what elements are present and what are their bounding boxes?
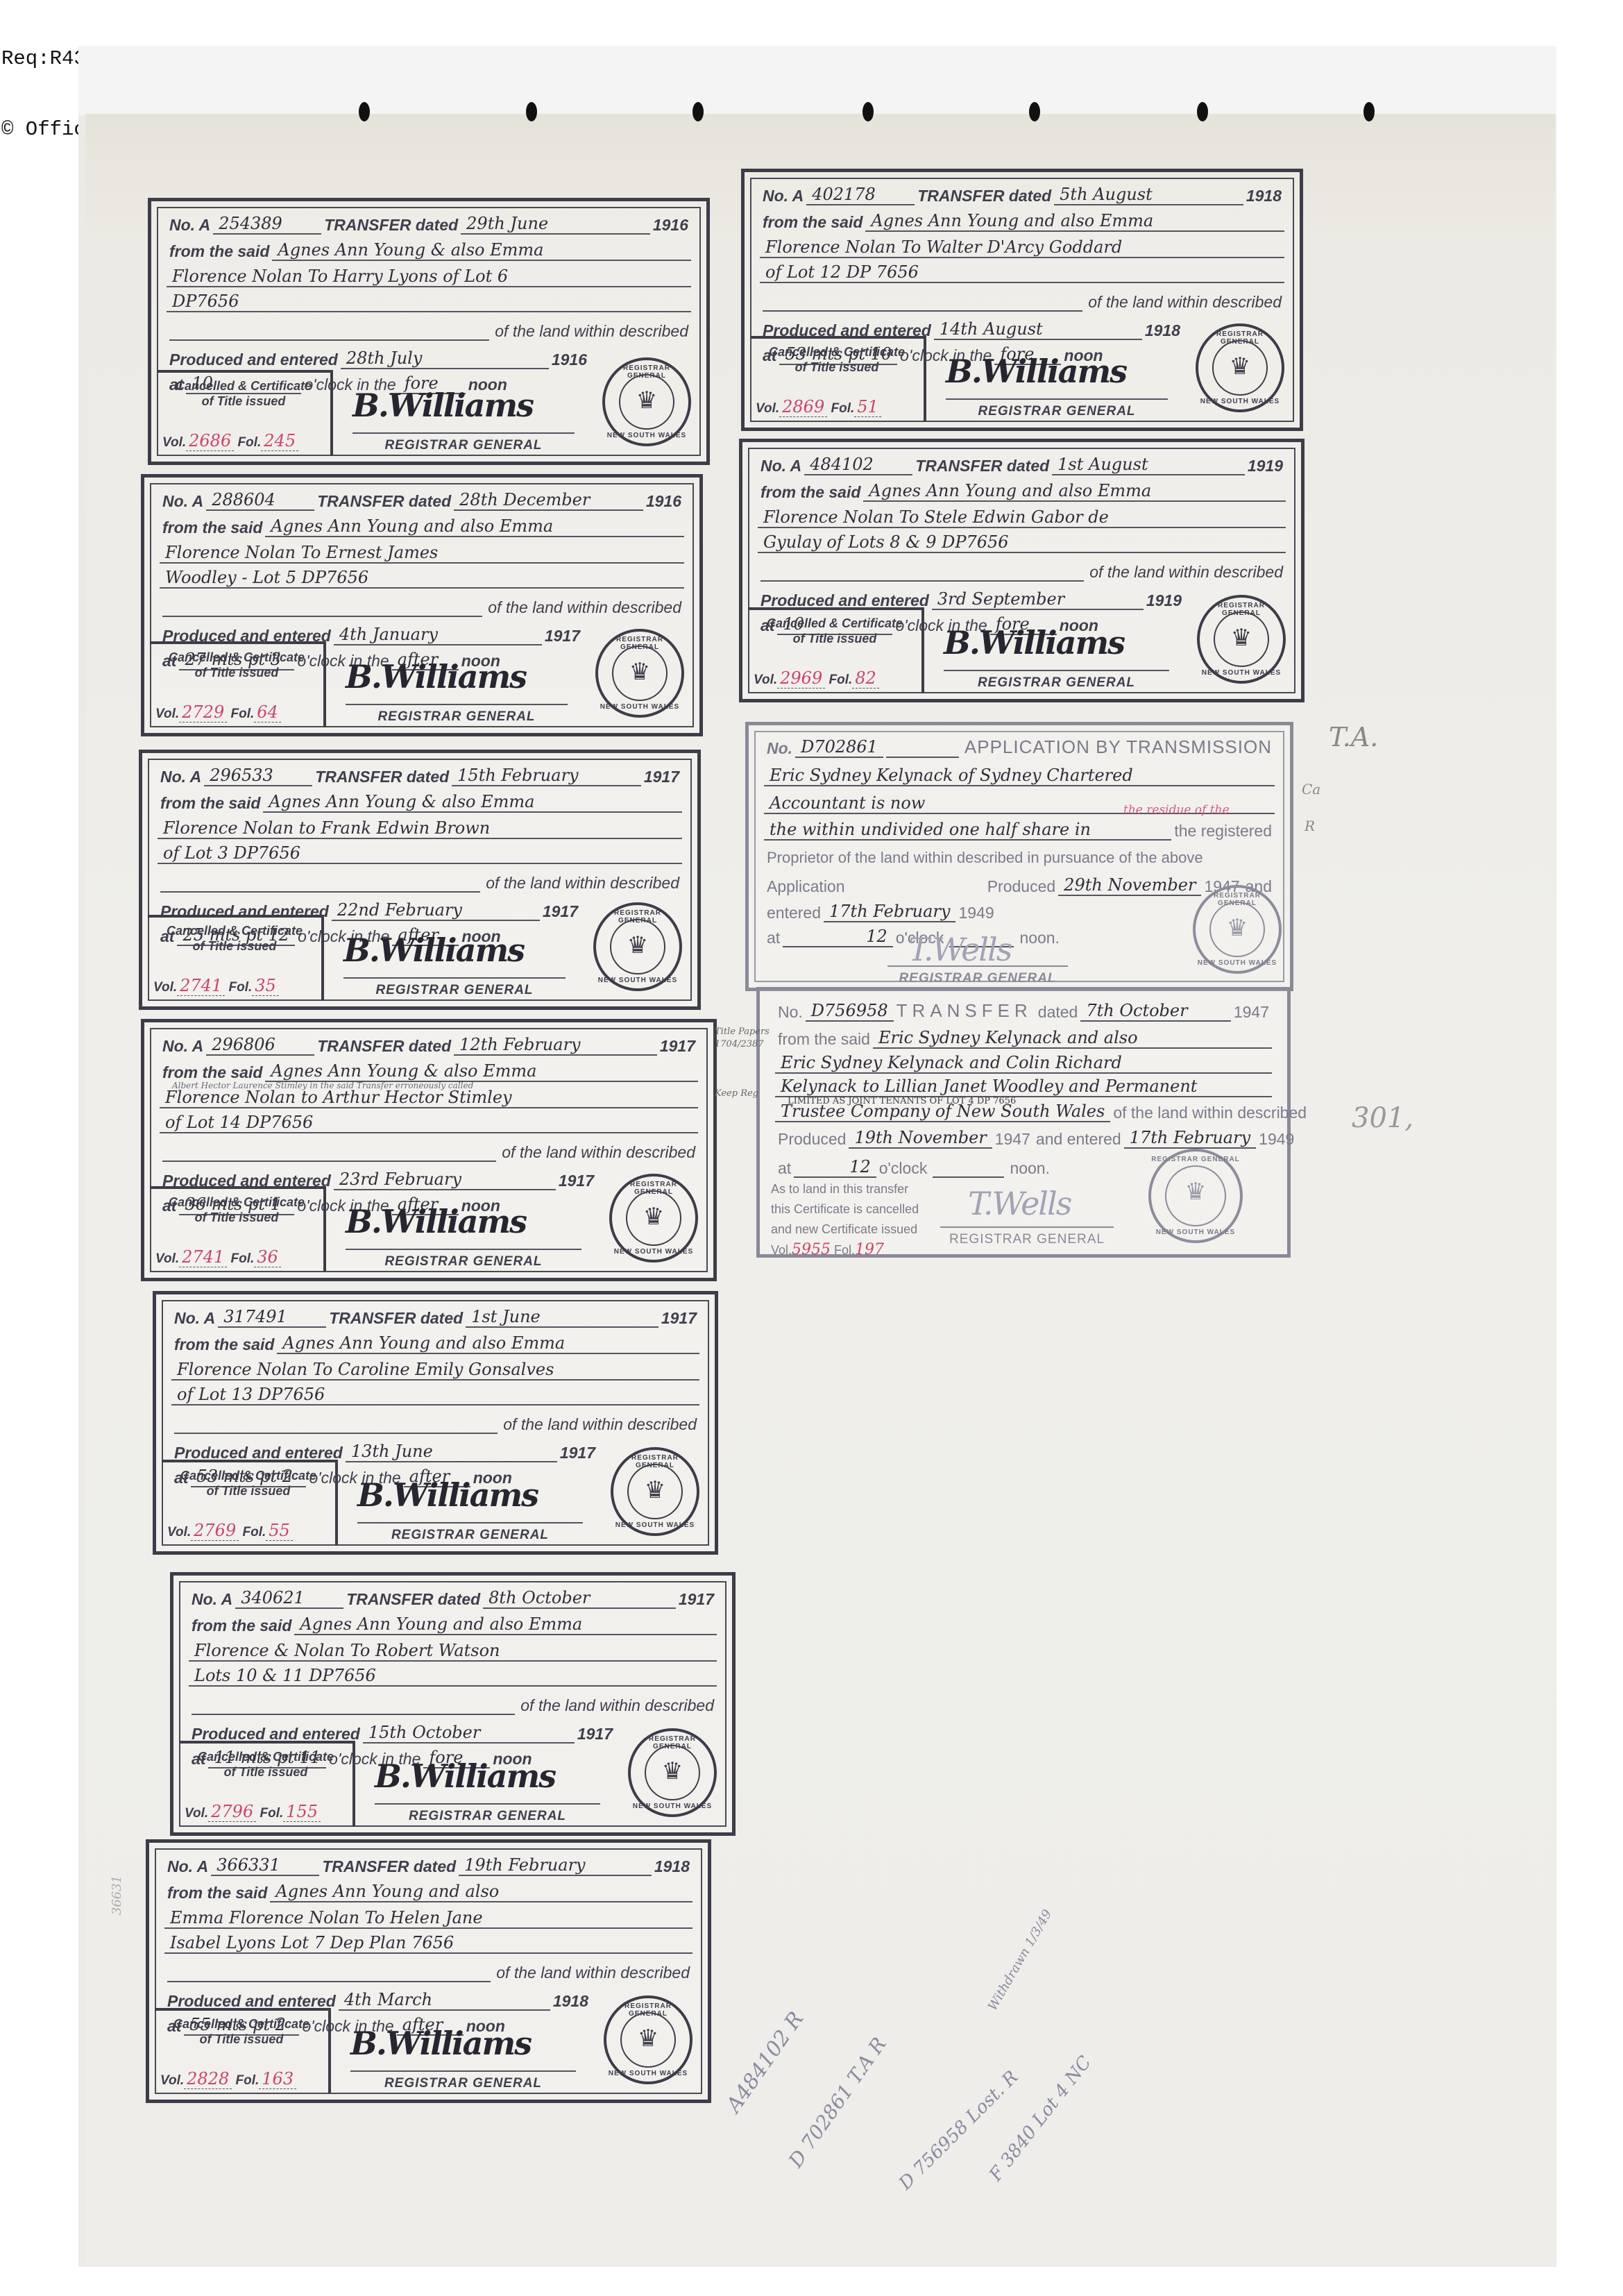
entered-date: 28th July <box>341 348 549 369</box>
transfer-memorial-a366331: No. A 366331 TRANSFER dated 19th Februar… <box>146 1839 711 2103</box>
transfer-date: 28th December <box>454 490 643 511</box>
entered-date: 14th August <box>934 319 1142 340</box>
registrar-signature: B.Williams <box>946 353 1126 390</box>
folio-number: 51 <box>854 397 881 417</box>
registrar-signature: B.Williams <box>343 931 524 969</box>
registrar-signature: T.Wells <box>908 931 1011 968</box>
registrar-signature: B.Williams <box>357 1476 538 1514</box>
registrar-signature: B.Williams <box>350 2025 531 2062</box>
volume-number: 2741 <box>177 976 225 996</box>
transfer-number: 484102 <box>804 455 912 475</box>
folio-number: 35 <box>252 976 279 996</box>
binding-hole-icon <box>863 102 874 121</box>
transfer-number: 317491 <box>218 1307 326 1328</box>
transfer-date: 19th February <box>459 1855 652 1876</box>
entered-date: 3rd September <box>932 589 1144 610</box>
registrar-general-seal-icon: REGISTRAR GENERAL ♛ NEW SOUTH WALES <box>1196 323 1284 412</box>
folio-number: 155 <box>283 1802 321 1822</box>
transfer-date: 29th June <box>461 214 650 235</box>
binding-hole-icon <box>692 102 704 121</box>
volume-number: 2796 <box>208 1802 256 1822</box>
folio-number: 36 <box>254 1247 281 1267</box>
volume-number: 2769 <box>191 1521 239 1541</box>
transfer-number: 296806 <box>206 1035 314 1056</box>
cancelled-certificate-box: Cancelled & Certificateof Title issued V… <box>750 336 926 422</box>
registrar-signature: B.Williams <box>346 658 526 695</box>
transfer-number: 296533 <box>204 766 312 786</box>
cancelled-certificate-box: Cancelled & Certificateof Title issued V… <box>179 1741 355 1827</box>
folio-number: 163 <box>259 2069 296 2089</box>
volume-number: 5955 <box>792 1241 831 1258</box>
cancelled-certificate-box: Cancelled & Certificateof Title issued V… <box>162 1460 338 1546</box>
registrar-general-seal-icon: REGISTRAR GENERAL ♛ NEW SOUTH WALES <box>602 357 691 446</box>
registrar-signature: B.Williams <box>352 387 533 424</box>
folio-number: 64 <box>254 702 281 723</box>
volume-number: 2869 <box>779 397 827 417</box>
binding-hole-icon <box>1197 102 1208 121</box>
entered-date: 22nd February <box>332 900 540 921</box>
registrar-general-seal-icon: REGISTRAR GENERAL ♛ NEW SOUTH WALES <box>593 902 682 991</box>
folio-number: 82 <box>852 668 879 689</box>
volume-number: 2729 <box>179 702 227 723</box>
volume-number: 2741 <box>179 1247 227 1267</box>
registrar-signature: B.Williams <box>944 624 1124 661</box>
registrar-general-seal-icon: REGISTRAR GENERAL ♛ NEW SOUTH WALES <box>609 1174 698 1263</box>
registrar-signature: T.Wells <box>968 1185 1071 1222</box>
entered-date: 4th January <box>334 625 542 645</box>
volume-number: 2828 <box>184 2069 232 2089</box>
margin-page-ref: 301, <box>1352 1102 1413 1134</box>
cancelled-certificate-box: Cancelled & Certificateof Title issued V… <box>150 1186 326 1272</box>
volume-number: 2969 <box>777 668 825 689</box>
folio-number: 245 <box>261 431 298 451</box>
transfer-memorial-a484102: No. A 484102 TRANSFER dated 1st August 1… <box>739 439 1305 702</box>
red-insert-note: the residue of the <box>1123 803 1230 817</box>
transfer-memorial-d756958: No. D756958 TRANSFER dated 7th October 1… <box>756 987 1291 1258</box>
transmission-memorial: No. D702861 APPLICATION BY TRANSMISSION … <box>745 722 1293 991</box>
transmission-number: D702861 <box>795 737 883 758</box>
binding-hole-icon <box>359 102 370 121</box>
transfer-number: 340621 <box>235 1588 343 1609</box>
transfer-date: 5th August <box>1054 185 1243 205</box>
cancelled-certificate-box: Cancelled & Certificateof Title issued V… <box>748 607 924 693</box>
transfer-memorial-a296533: No. A 296533 TRANSFER dated 15th Februar… <box>139 750 701 1010</box>
transfer-memorial-a317491: No. A 317491 TRANSFER dated 1st June 191… <box>153 1291 718 1555</box>
transfer-date: 15th February <box>452 766 641 786</box>
registrar-general-seal-icon: REGISTRAR GENERAL ♛ NEW SOUTH WALES <box>604 1995 692 2084</box>
transfer-number: D756958 <box>806 1001 894 1022</box>
transfer-number: 402178 <box>806 185 915 205</box>
registrar-general-seal-icon: REGISTRAR GENERAL ♛ NEW SOUTH WALES <box>611 1447 699 1536</box>
entered-date: 15th October <box>363 1723 575 1744</box>
transfer-number: 254389 <box>213 214 321 235</box>
registrar-signature: B.Williams <box>375 1757 555 1795</box>
cancelled-certificate-box: Cancelled & Certificateof Title issued V… <box>157 370 333 456</box>
cancelled-certificate-box: Cancelled & Certificateof Title issued V… <box>150 641 326 727</box>
registrar-general-seal-icon: REGISTRAR GENERAL ♛ NEW SOUTH WALES <box>628 1728 717 1817</box>
transfer-memorial-a296806: No. A 296806 TRANSFER dated 12th Februar… <box>141 1019 717 1281</box>
transfer-date: 8th October <box>483 1588 676 1609</box>
transfer-memorial-a288604: No. A 288604 TRANSFER dated 28th Decembe… <box>141 474 703 736</box>
binding-hole-icon <box>1363 102 1375 121</box>
folio-number: 55 <box>266 1521 293 1541</box>
transfer-memorial-a340621: No. A 340621 TRANSFER dated 8th October … <box>170 1572 736 1836</box>
registrar-general-seal-icon: REGISTRAR GENERAL ♛ NEW SOUTH WALES <box>595 629 684 718</box>
transfer-number: 366331 <box>211 1855 319 1876</box>
registrar-general-seal-icon: REGISTRAR GENERAL ♛ NEW SOUTH WALES <box>1193 885 1282 974</box>
entered-date: 23rd February <box>334 1170 556 1190</box>
cancelled-certificate-box: Cancelled & Certificateof Title issued V… <box>148 915 324 1001</box>
volume-number: 2686 <box>186 431 234 451</box>
transfer-date: 1st June <box>466 1307 658 1328</box>
registrar-signature: B.Williams <box>346 1203 526 1240</box>
transmission-title: APPLICATION BY TRANSMISSION <box>962 736 1275 758</box>
registrar-general-seal-icon: REGISTRAR GENERAL ♛ NEW SOUTH WALES <box>1148 1149 1243 1243</box>
folio-number: 197 <box>855 1241 884 1258</box>
binding-hole-icon <box>526 102 537 121</box>
transfer-date: 1st August <box>1052 455 1245 475</box>
cancellation-note: As to land in this transfer this Certifi… <box>771 1179 919 1260</box>
entered-date: 13th June <box>346 1442 557 1462</box>
margin-note-ta: T.A. <box>1329 722 1378 752</box>
entered-date: 4th March <box>339 1990 550 2011</box>
cancelled-certificate-box: Cancelled & Certificateof Title issued V… <box>155 2008 331 2094</box>
binding-hole-icon <box>1029 102 1040 121</box>
transfer-memorial-a402178: No. A 402178 TRANSFER dated 5th August 1… <box>741 169 1303 431</box>
transfer-memorial-a254389: No. A 254389 TRANSFER dated 29th June 19… <box>148 198 710 465</box>
transfer-number: 288604 <box>206 490 314 511</box>
registrar-general-seal-icon: REGISTRAR GENERAL ♛ NEW SOUTH WALES <box>1197 595 1286 684</box>
transfer-date: 12th February <box>454 1035 657 1056</box>
